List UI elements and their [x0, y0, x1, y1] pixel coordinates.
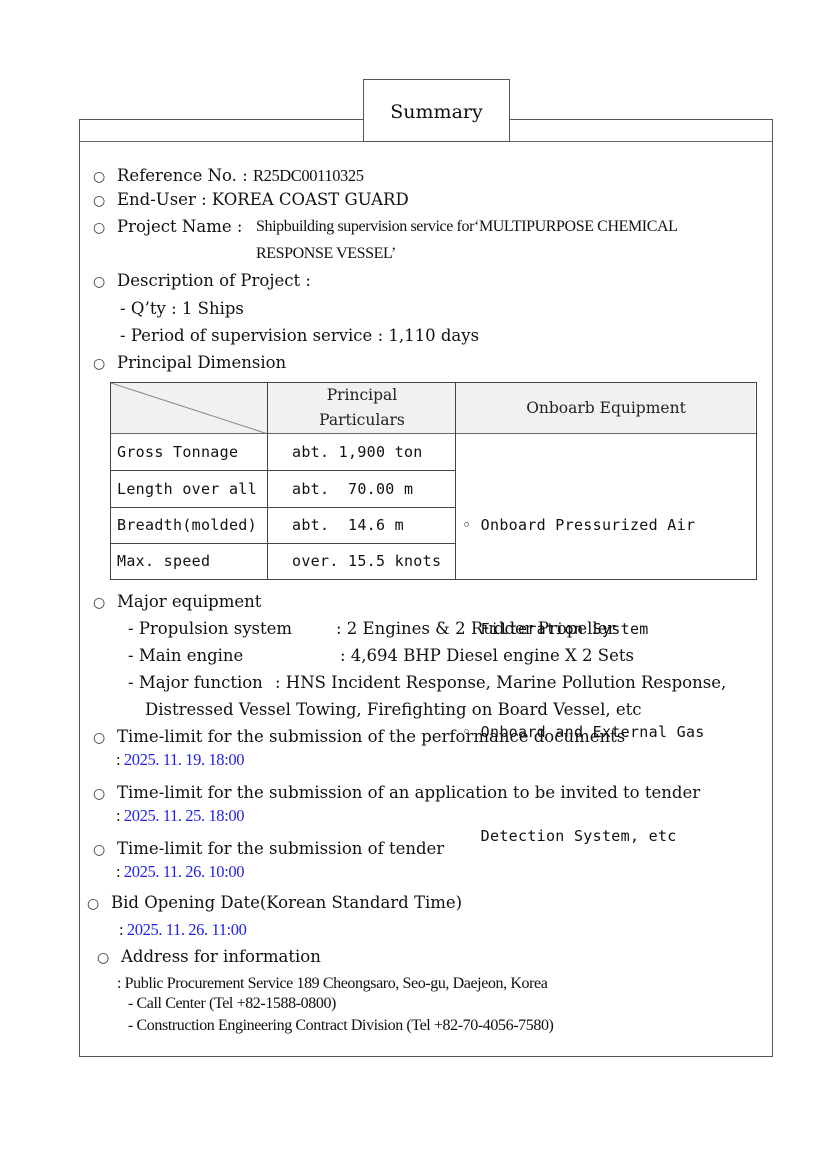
deadline-performance-docs: ○Time-limit for the submission of the pe… [93, 727, 625, 748]
description-qty: - Q’ty : 1 Ships [120, 299, 244, 319]
main-engine-value: : 4,694 BHP Diesel engine X 2 Sets [340, 646, 634, 666]
major-equipment-label: Major equipment [117, 592, 261, 611]
header-particulars-line1: Principal [268, 383, 456, 408]
circle-bullet-icon: ○ [93, 167, 117, 187]
address-line: ○Address for information [97, 947, 321, 968]
circle-bullet-icon: ○ [93, 354, 117, 374]
summary-title-box: Summary [363, 79, 510, 142]
main-engine-name: - Main engine [128, 646, 243, 666]
principal-dimension-table: Principal Particulars Onboarb Equipment … [110, 382, 757, 580]
deadline-application-value-line: : 2025. 11. 25. 18:00 [116, 806, 244, 826]
deadline-application: ○Time-limit for the submission of an app… [93, 783, 700, 804]
row-value-gross-tonnage: abt. 1,900 ton [292, 434, 423, 470]
circle-bullet-icon: ○ [93, 191, 117, 211]
contact-construction-division: - Construction Engineering Contract Divi… [128, 1016, 553, 1036]
header-particulars-line2: Particulars [268, 408, 456, 433]
end-user-line: ○End-User : KOREA COAST GUARD [93, 190, 409, 211]
equipment-line-1: ◦ Onboard Pressurized Air [462, 508, 705, 543]
row-value-length: abt. 70.00 m [292, 471, 413, 507]
equipment-line-4: Detection System, etc [462, 819, 705, 854]
summary-title: Summary [390, 101, 482, 123]
principal-dimension-line: ○Principal Dimension [93, 353, 286, 374]
circle-bullet-icon: ○ [93, 593, 117, 613]
row-value-breadth: abt. 14.6 m [292, 508, 404, 543]
contact-call-center: - Call Center (Tel +82-1588-0800) [128, 994, 336, 1014]
major-function-continuation: Distressed Vessel Towing, Firefighting o… [145, 700, 641, 720]
bid-opening-line: ○Bid Opening Date(Korean Standard Time) [87, 893, 462, 914]
deadline-performance-docs-value: 2025. 11. 19. 18:00 [124, 750, 244, 769]
deadline-tender-label: Time-limit for the submission of tender [117, 839, 444, 858]
propulsion-system-name: - Propulsion system [128, 619, 292, 639]
col-divider-2 [455, 383, 456, 579]
circle-bullet-icon: ○ [93, 272, 117, 292]
project-name-value-line2: RESPONSE VESSEL’ [256, 244, 396, 264]
major-function-name: - Major function [128, 673, 263, 693]
deadline-application-label: Time-limit for the submission of an appl… [117, 783, 700, 802]
end-user-label: End-User : [117, 190, 212, 209]
row-item-breadth: Breadth(molded) [117, 508, 257, 543]
circle-bullet-icon: ○ [93, 728, 117, 748]
address-label: Address for information [121, 947, 321, 966]
bid-opening-label: Bid Opening Date(Korean Standard Time) [111, 893, 462, 912]
row-value-max-speed: over. 15.5 knots [292, 544, 441, 579]
major-equipment-line: ○Major equipment [93, 592, 261, 613]
row-item-length: Length over all [117, 471, 257, 507]
end-user-value: KOREA COAST GUARD [212, 190, 409, 209]
description-label: Description of Project : [117, 271, 311, 290]
deadline-performance-docs-label: Time-limit for the submission of the per… [117, 727, 625, 746]
description-period: - Period of supervision service : 1,110 … [120, 326, 479, 346]
deadline-tender-value: 2025. 11. 26. 10:00 [124, 862, 244, 881]
header-onboard-equipment: Onboarb Equipment [456, 383, 756, 433]
principal-dimension-label: Principal Dimension [117, 353, 286, 372]
project-name-value-line1: Shipbuilding supervision service for‘MUL… [256, 217, 678, 237]
row-item-max-speed: Max. speed [117, 544, 210, 579]
circle-bullet-icon: ○ [93, 840, 117, 860]
circle-bullet-icon: ○ [87, 894, 111, 914]
bid-opening-value-line: : 2025. 11. 26. 11:00 [119, 920, 246, 940]
address-value: : Public Procurement Service 189 Cheongs… [117, 974, 547, 994]
deadline-performance-docs-value-line: : 2025. 11. 19. 18:00 [116, 750, 244, 770]
bid-opening-value: 2025. 11. 26. 11:00 [127, 920, 247, 939]
description-line: ○Description of Project : [93, 271, 311, 292]
propulsion-system-value: : 2 Engines & 2 Rudder Propeller [336, 619, 615, 639]
circle-bullet-icon: ○ [97, 948, 121, 968]
header-principal-particulars: Principal Particulars [268, 383, 456, 433]
reference-value: R25DC00110325 [253, 166, 364, 185]
major-function-value: : HNS Incident Response, Marine Pollutio… [275, 673, 726, 693]
deadline-tender: ○Time-limit for the submission of tender [93, 839, 444, 860]
deadline-tender-value-line: : 2025. 11. 26. 10:00 [116, 862, 244, 882]
deadline-application-value: 2025. 11. 25. 18:00 [124, 806, 244, 825]
project-name-line: ○Project Name : [93, 217, 242, 238]
project-name-label: Project Name : [117, 217, 242, 236]
reference-line: ○Reference No. : R25DC00110325 [93, 166, 364, 187]
diagonal-header-cell [111, 383, 268, 434]
row-item-gross-tonnage: Gross Tonnage [117, 434, 238, 470]
circle-bullet-icon: ○ [93, 784, 117, 804]
circle-bullet-icon: ○ [93, 218, 117, 238]
reference-label: Reference No. : [117, 166, 248, 185]
col-divider-1 [267, 383, 268, 579]
